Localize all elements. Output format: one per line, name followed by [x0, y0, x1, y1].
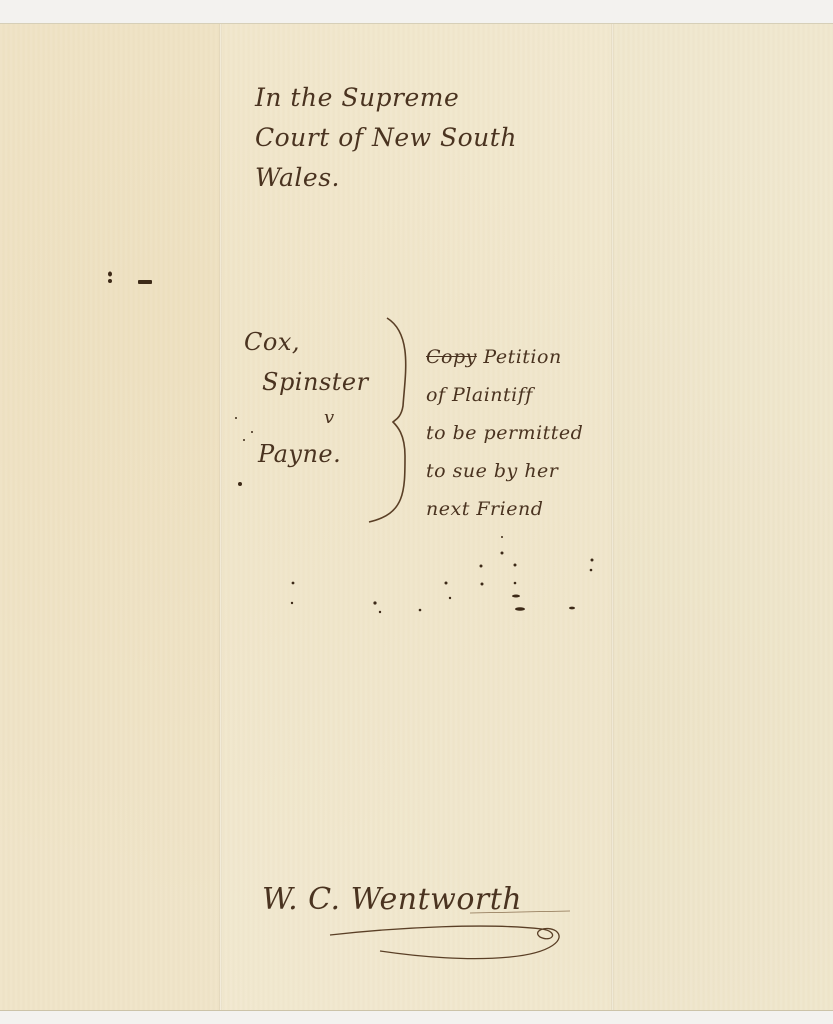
- left-fold-panel: [0, 24, 220, 1010]
- document-description: Copy Petition of Plaintiff to be permitt…: [426, 338, 583, 528]
- description-line-3: to be permitted: [426, 414, 583, 452]
- right-fold-panel: [612, 24, 833, 1010]
- description-line-4: to sue by her: [426, 452, 583, 490]
- fold-line-right: [611, 24, 614, 1010]
- heading-line-1: In the Supreme: [255, 78, 517, 118]
- versus-mark: v: [244, 402, 369, 434]
- struck-word: Copy: [426, 346, 477, 368]
- signature-flourish-icon: [320, 905, 580, 965]
- case-parties: Cox, Spinster v Payne.: [244, 322, 369, 474]
- plaintiff-status: Spinster: [244, 362, 369, 402]
- plaintiff-name: Cox,: [244, 328, 300, 356]
- defendant-name: Payne.: [244, 434, 369, 474]
- description-line-2: of Plaintiff: [426, 376, 583, 414]
- description-line-1: Copy Petition: [426, 338, 583, 376]
- heading-line-2: Court of New South: [255, 118, 517, 158]
- court-heading: In the Supreme Court of New South Wales.: [255, 78, 517, 198]
- description-line-5: next Friend: [426, 490, 583, 528]
- fold-line-left: [219, 24, 222, 1010]
- brace-icon: [365, 316, 425, 526]
- heading-line-3: Wales.: [255, 158, 517, 198]
